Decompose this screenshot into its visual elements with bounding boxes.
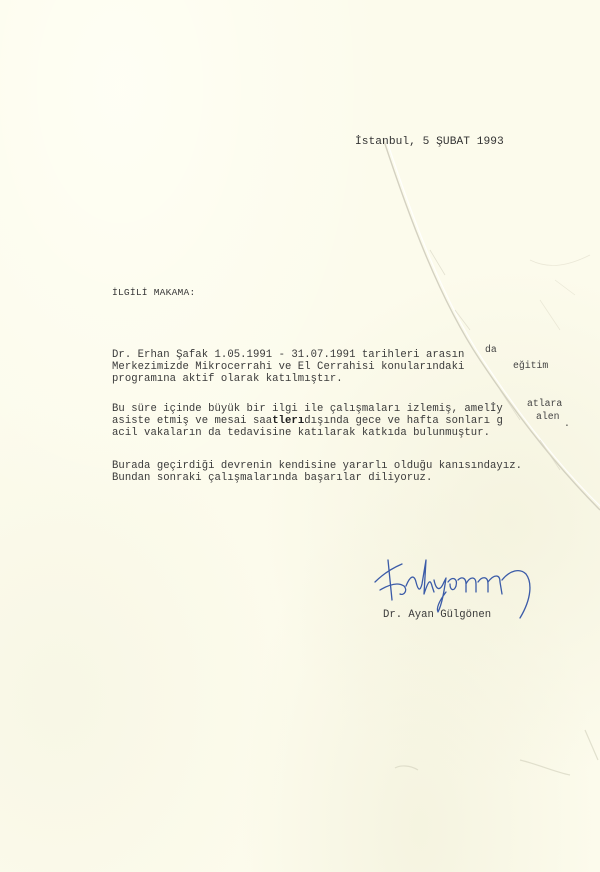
- letter-salutation: İLGİLİ MAKAMA:: [112, 287, 195, 299]
- marginal-insert-atlara: atlara: [527, 398, 562, 409]
- paragraph-1-line-1: Dr. Erhan Şafak 1.05.1991 - 31.07.1991 t…: [112, 349, 464, 361]
- overstrike-text: tlerı: [272, 415, 304, 427]
- marginal-insert-da: da: [485, 344, 497, 355]
- marginal-insert-egitim: eğitim: [513, 360, 548, 371]
- paragraph-3-line-2: Bundan sonraki çalışmalarında başarılar …: [112, 472, 432, 484]
- paragraph-3-line-1: Burada geçirdiği devrenin kendisine yara…: [112, 460, 522, 472]
- paragraph-1-line-3: programına aktif olarak katılmıştır.: [112, 373, 343, 385]
- paragraph-2-line-1: Bu süre içinde büyük bir ilgi ile çalışm…: [112, 403, 503, 415]
- paragraph-2: Bu süre içinde büyük bir ilgi ile çalışm…: [112, 403, 503, 439]
- letter-date: İstanbul, 5 ŞUBAT 1993: [355, 136, 504, 148]
- paragraph-1: Dr. Erhan Şafak 1.05.1991 - 31.07.1991 t…: [112, 349, 464, 385]
- marginal-insert-dot: .: [564, 418, 570, 429]
- signer-name: Dr. Ayan Gülgönen: [383, 609, 491, 621]
- paragraph-2-line-2: asiste etmiş ve mesai saa: [112, 415, 272, 427]
- marginal-insert-alen: alen: [536, 411, 560, 422]
- paragraph-1-line-2: Merkezimizde Mikrocerrahi ve El Cerrahis…: [112, 361, 464, 373]
- paragraph-2-line-2-rest: dışında gece ve hafta sonları g: [304, 415, 503, 427]
- paragraph-3: Burada geçirdiği devrenin kendisine yara…: [112, 460, 522, 484]
- paragraph-2-line-3: acil vakaların da tedavisine katılarak k…: [112, 427, 490, 439]
